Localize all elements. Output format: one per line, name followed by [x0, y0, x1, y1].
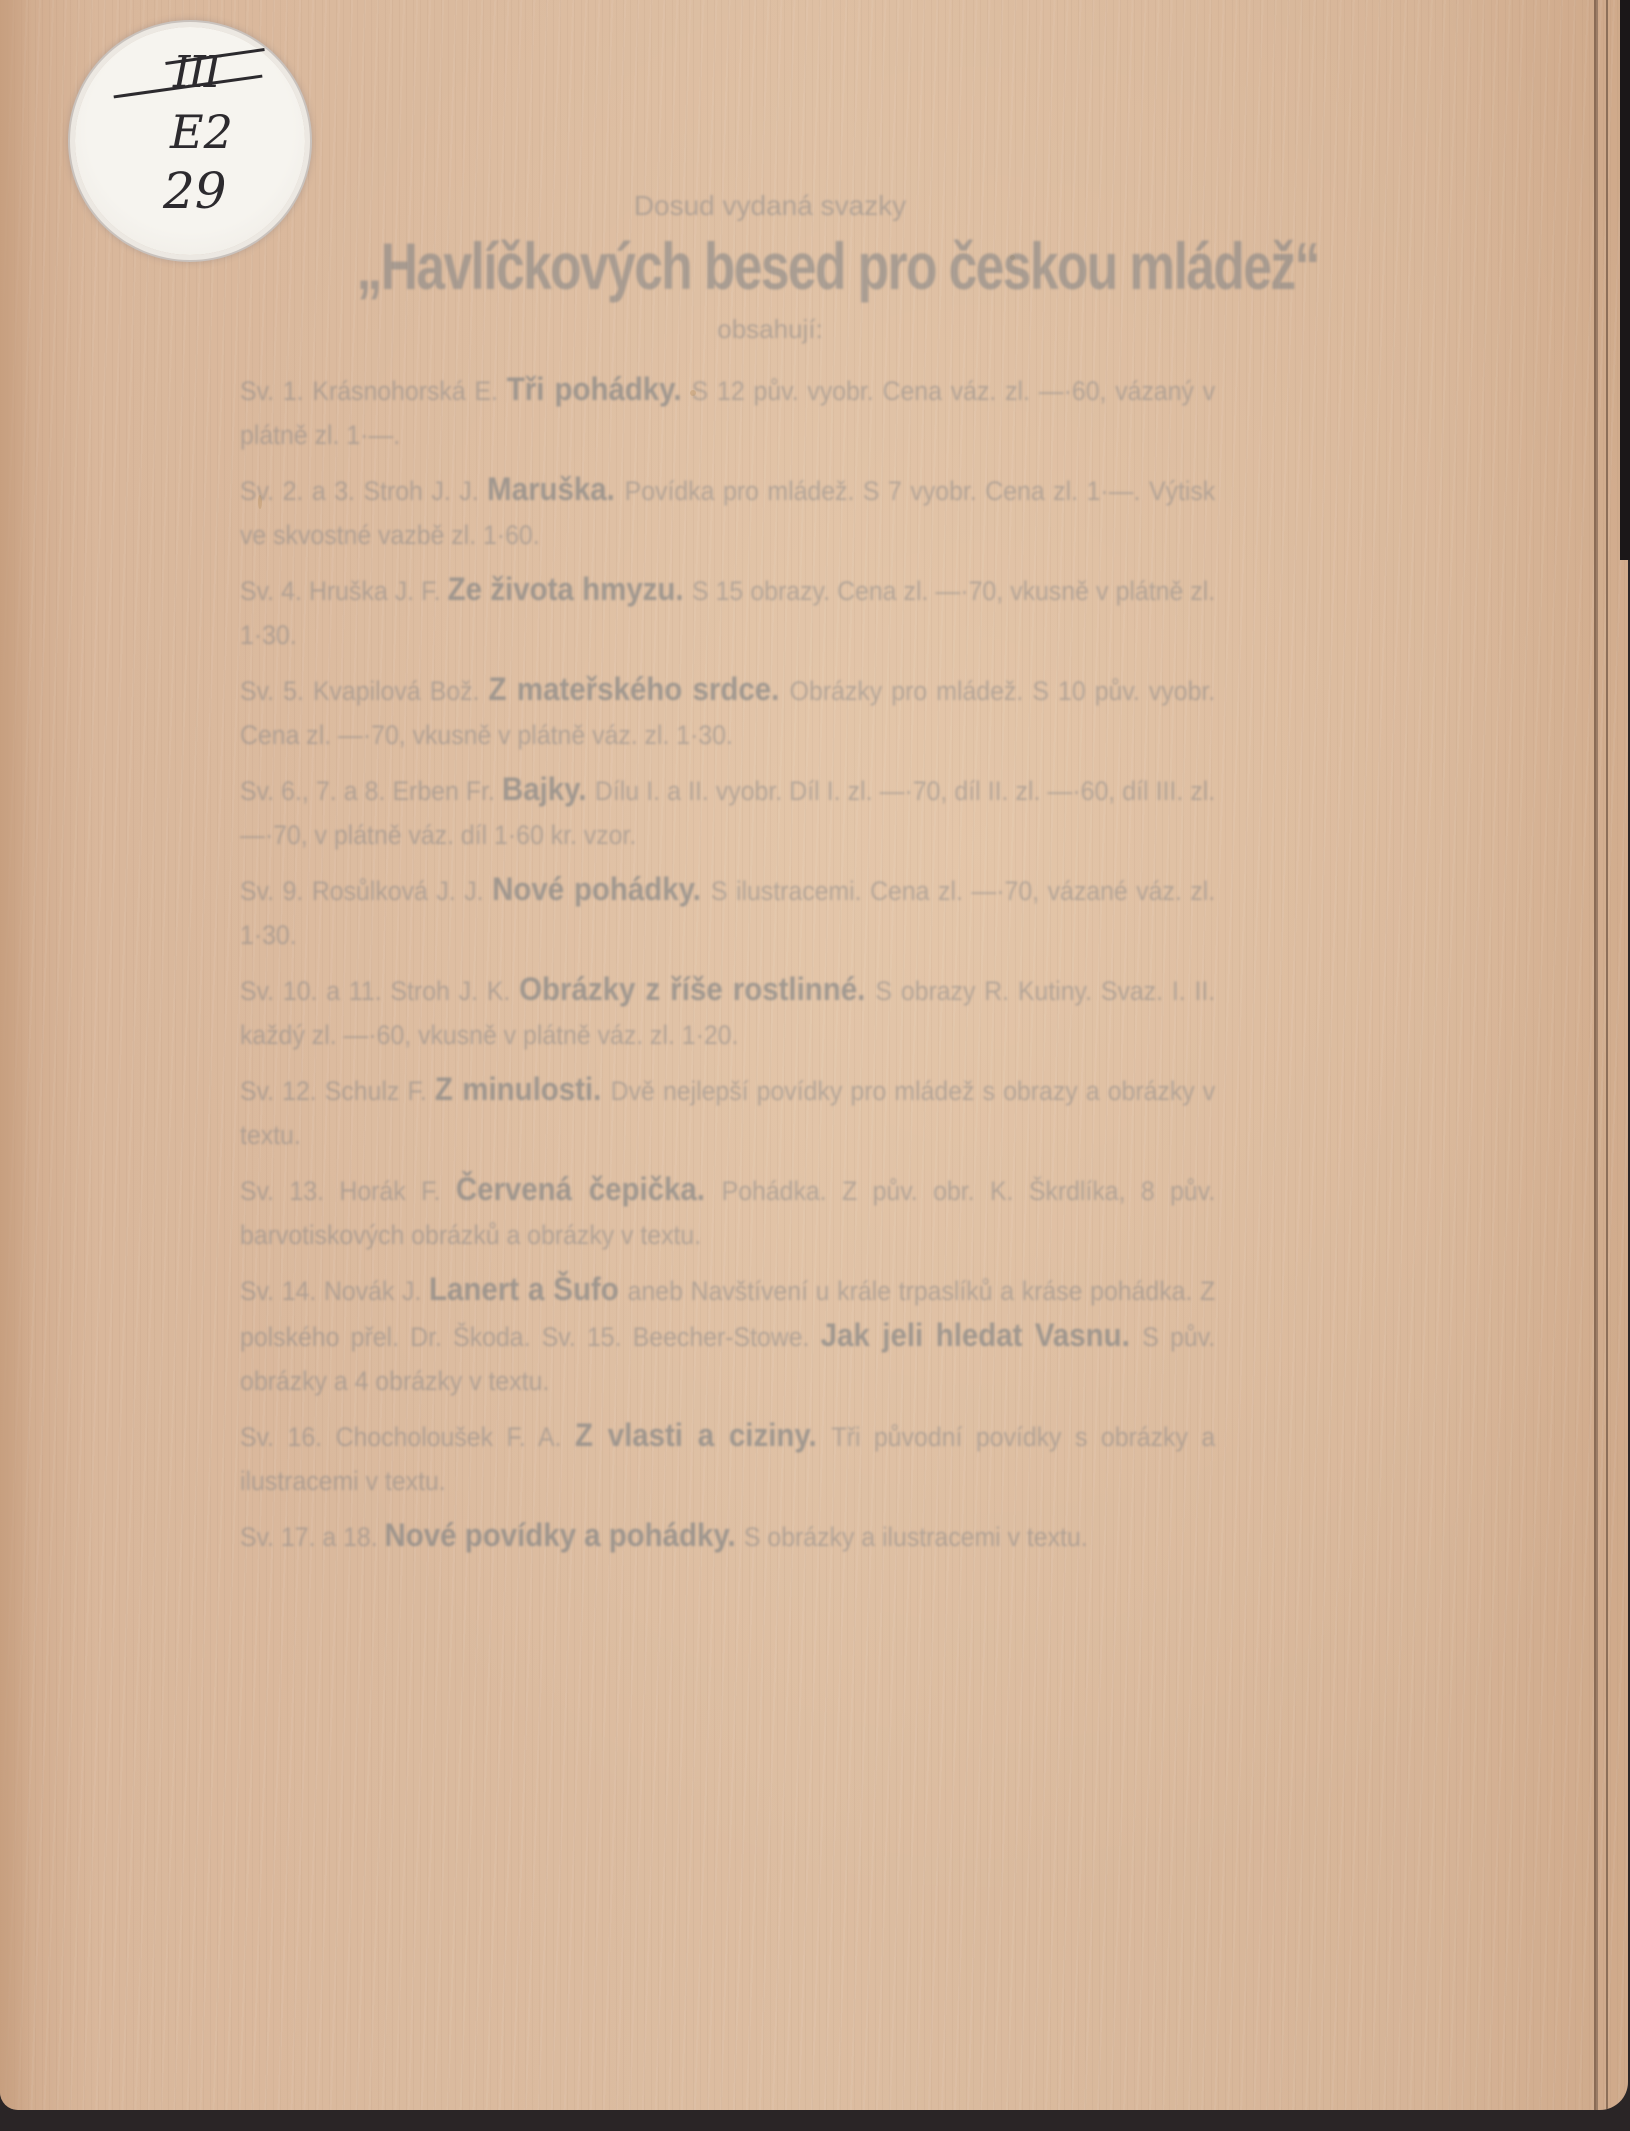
entries-list: Sv. 1. Krásnohorská E. Tři pohádky. S 12…	[240, 367, 1300, 1559]
entry-title: Nové pohádky.	[492, 871, 711, 907]
entry-author: Sv. 2. a 3. Stroh J. J.	[240, 476, 487, 506]
list-item: Sv. 14. Novák J. Lanert a Šufo aneb Navš…	[240, 1267, 1215, 1403]
contents-label: obsahují:	[240, 314, 1300, 345]
list-item: Sv. 17. a 18. Nové povídky a pohádky. S …	[240, 1513, 1215, 1559]
entry-author: Sv. 12. Schulz F.	[240, 1076, 435, 1106]
entry-author: Sv. 1. Krásnohorská E.	[240, 376, 507, 406]
shelf-mark-number: 29	[163, 162, 227, 220]
entry-title: Tři pohádky.	[507, 371, 692, 407]
entry-title: Z vlasti a ciziny.	[575, 1417, 832, 1453]
entry-title: Maruška.	[487, 471, 624, 507]
list-item: Sv. 9. Rosůlková J. J. Nové pohádky. S i…	[240, 867, 1215, 957]
list-item: Sv. 6., 7. a 8. Erben Fr. Bajky. Dílu I.…	[240, 767, 1215, 857]
entry-title: Lanert a Šufo	[429, 1271, 628, 1307]
list-item: Sv. 1. Krásnohorská E. Tři pohádky. S 12…	[240, 367, 1215, 457]
entry-author: Sv. 14. Novák J.	[240, 1276, 429, 1306]
entry-title: Z minulosti.	[435, 1071, 611, 1107]
shelf-mark-letter: E2	[170, 105, 233, 159]
list-item: Sv. 12. Schulz F. Z minulosti. Dvě nejle…	[240, 1067, 1215, 1157]
list-item: Sv. 4. Hruška J. F. Ze života hmyzu. S 1…	[240, 567, 1215, 657]
list-item: Sv. 2. a 3. Stroh J. J. Maruška. Povídka…	[240, 467, 1215, 557]
intro-line: Dosud vydaná svazky	[240, 190, 1300, 222]
entry-author: Sv. 13. Horák F.	[240, 1176, 456, 1206]
left-spine-fold	[0, 0, 32, 2110]
entry-title: Obrázky z říše rostlinné.	[519, 971, 875, 1007]
entry-author: Sv. 16. Chocholoušek F. A.	[240, 1422, 575, 1452]
book-cover: III E2 29 Dosud vydaná svazky „Havlíčkov…	[0, 0, 1628, 2110]
entry-description: S obrázky a ilustracemi v textu.	[744, 1522, 1088, 1552]
entry-title: Jak jeli hledat Vasnu.	[821, 1317, 1143, 1353]
entry-author: Sv. 6., 7. a 8. Erben Fr.	[240, 776, 502, 806]
show-through-text: Dosud vydaná svazky „Havlíčkových besed …	[240, 190, 1300, 1569]
series-title: „Havlíčkových besed pro českou mládež“	[357, 228, 1184, 304]
list-item: Sv. 16. Chocholoušek F. A. Z vlasti a ci…	[240, 1413, 1215, 1503]
entry-author: Sv. 5. Kvapilová Bož.	[240, 676, 489, 706]
entry-author: Sv. 17. a 18.	[240, 1522, 385, 1552]
entry-title: Z mateřského srdce.	[489, 671, 790, 707]
entry-title: Nové povídky a pohádky.	[385, 1517, 744, 1553]
entry-title: Bajky.	[502, 771, 595, 807]
entry-author: Sv. 4. Hruška J. F.	[240, 576, 448, 606]
list-item: Sv. 13. Horák F. Červená čepička. Pohádk…	[240, 1167, 1215, 1257]
shelf-mark-roman: III	[173, 47, 219, 98]
entry-author: Sv. 9. Rosůlková J. J.	[240, 876, 492, 906]
list-item: Sv. 10. a 11. Stroh J. K. Obrázky z říše…	[240, 967, 1215, 1057]
entry-title: Ze života hmyzu.	[448, 571, 692, 607]
background-shadow	[1620, 0, 1630, 560]
entry-title: Červená čepička.	[456, 1171, 722, 1207]
list-item: Sv. 5. Kvapilová Bož. Z mateřského srdce…	[240, 667, 1215, 757]
entry-author: Sv. 10. a 11. Stroh J. K.	[240, 976, 519, 1006]
